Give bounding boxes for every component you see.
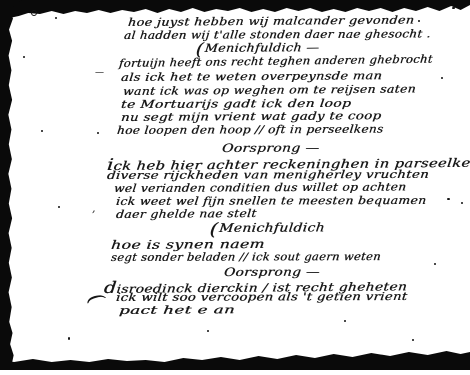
- ink-speck: [207, 330, 209, 332]
- ink-ring-speck: [31, 10, 37, 16]
- scan-border-left: [0, 0, 22, 370]
- ink-speck: [418, 20, 420, 22]
- ink-speck: [68, 337, 70, 340]
- manuscript-line: daer ghelde nae stelt: [115, 207, 257, 221]
- manuscript-line: ick wilt soo vercoopen als 't getien vri…: [115, 290, 408, 304]
- manuscript-line: pact het e an: [118, 303, 235, 317]
- manuscript-line: ick weet wel fijn snellen te meesten beq…: [115, 194, 427, 208]
- manuscript-line: wel verianden conditien dus willet op ac…: [113, 180, 407, 195]
- manuscript-scan-page: hoe juyst hebben wij malcander gevonden …: [0, 0, 470, 375]
- ink-speck: [152, 247, 154, 249]
- ink-speck: [55, 17, 57, 19]
- ink-speck: [461, 202, 463, 204]
- margin-mark-dash: —: [95, 68, 104, 78]
- ink-speck: [58, 206, 60, 208]
- manuscript-line: hoe juyst hebben wij malcander gevonden: [127, 13, 415, 29]
- ink-speck: [412, 339, 414, 341]
- ink-speck: [434, 263, 436, 265]
- margin-mark-comma: ,: [92, 202, 96, 215]
- manuscript-line: nu segt mijn vrient wat gady te coop: [120, 109, 382, 124]
- manuscript-line: want ick was op weghen om te reijsen sat…: [122, 82, 416, 98]
- manuscript-line: fortuijn heeft ons recht teghen anderen …: [118, 53, 433, 70]
- manuscript-line: hoe loopen den hoop // oft in perseelken…: [116, 123, 384, 137]
- speaker-heading: (Menichfuldich —: [195, 40, 320, 55]
- margin-mark-hook: (: [84, 289, 109, 308]
- ink-speck: [452, 7, 455, 9]
- ink-speck: [447, 198, 450, 200]
- ink-speck: [23, 56, 25, 58]
- speaker-name: Menichfuldich: [218, 220, 325, 235]
- ink-speck: [344, 320, 346, 322]
- ink-speck: [441, 77, 443, 79]
- manuscript-line: als ick het te weten overpeynsde man: [120, 69, 382, 84]
- speaker-heading: (Menichfuldich: [209, 220, 325, 235]
- manuscript-line: segt sonder beladen // ick sout gaern we…: [110, 250, 381, 264]
- ink-speck: [97, 132, 99, 134]
- speaker-name: Menichfuldich —: [204, 40, 320, 55]
- ink-speck: [41, 130, 43, 132]
- scan-border-bottom: [0, 348, 470, 370]
